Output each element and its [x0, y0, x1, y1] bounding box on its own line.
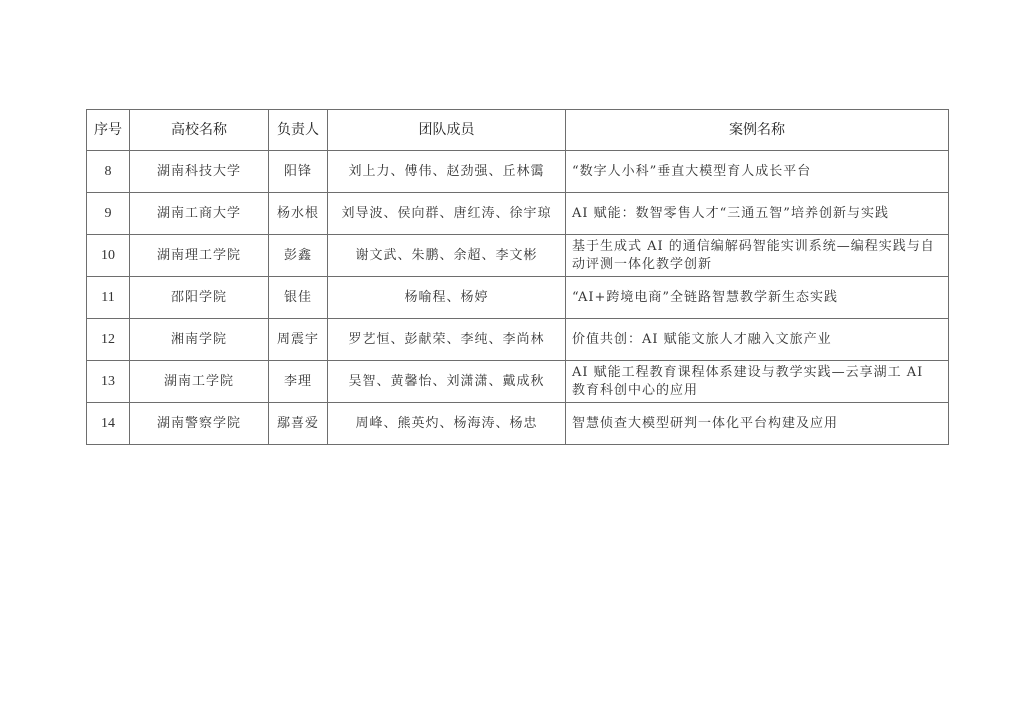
cell-case: 基于生成式 AI 的通信编解码智能实训系统—编程实践与自动评测一体化教学创新: [566, 235, 949, 277]
header-school: 高校名称: [130, 110, 269, 151]
cell-no: 13: [87, 361, 130, 403]
cell-team: 罗艺恒、彭献荣、李纯、李尚林: [328, 319, 566, 361]
table-row: 13 湖南工学院 李理 吴智、黄馨怡、刘潇潇、戴成秋 AI 赋能工程教育课程体系…: [87, 361, 949, 403]
cell-school: 湖南理工学院: [130, 235, 269, 277]
cell-school: 湖南科技大学: [130, 151, 269, 193]
cell-lead: 李理: [269, 361, 328, 403]
cell-no: 11: [87, 277, 130, 319]
cell-team: 周峰、熊英灼、杨海涛、杨忠: [328, 403, 566, 445]
cell-lead: 鄢喜爱: [269, 403, 328, 445]
header-team: 团队成员: [328, 110, 566, 151]
header-lead: 负责人: [269, 110, 328, 151]
table-row: 14 湖南警察学院 鄢喜爱 周峰、熊英灼、杨海涛、杨忠 智慧侦查大模型研判一体化…: [87, 403, 949, 445]
cell-lead: 银佳: [269, 277, 328, 319]
cell-no: 9: [87, 193, 130, 235]
cell-case: AI 赋能工程教育课程体系建设与教学实践—云享湖工 AI 教育科创中心的应用: [566, 361, 949, 403]
table-row: 9 湖南工商大学 杨水根 刘导波、侯向群、唐红涛、徐宇琼 AI 赋能：数智零售人…: [87, 193, 949, 235]
table-row: 10 湖南理工学院 彭鑫 谢文武、朱鹏、余超、李文彬 基于生成式 AI 的通信编…: [87, 235, 949, 277]
cell-no: 14: [87, 403, 130, 445]
cell-school: 湘南学院: [130, 319, 269, 361]
cell-lead: 杨水根: [269, 193, 328, 235]
cell-lead: 周震宇: [269, 319, 328, 361]
header-case: 案例名称: [566, 110, 949, 151]
cell-team: 谢文武、朱鹏、余超、李文彬: [328, 235, 566, 277]
cell-school: 湖南警察学院: [130, 403, 269, 445]
cell-no: 8: [87, 151, 130, 193]
table-row: 12 湘南学院 周震宇 罗艺恒、彭献荣、李纯、李尚林 价值共创：AI 赋能文旅人…: [87, 319, 949, 361]
cell-team: 刘上力、傅伟、赵劲强、丘林霭: [328, 151, 566, 193]
cell-case: AI 赋能：数智零售人才“三通五智”培养创新与实践: [566, 193, 949, 235]
header-no: 序号: [87, 110, 130, 151]
table-header-row: 序号 高校名称 负责人 团队成员 案例名称: [87, 110, 949, 151]
cell-case: “数字人小科”垂直大模型育人成长平台: [566, 151, 949, 193]
cell-school: 湖南工商大学: [130, 193, 269, 235]
document-page: 序号 高校名称 负责人 团队成员 案例名称 8 湖南科技大学 阳锋 刘上力、傅伟…: [0, 0, 1024, 723]
case-list-table: 序号 高校名称 负责人 团队成员 案例名称 8 湖南科技大学 阳锋 刘上力、傅伟…: [86, 109, 949, 445]
cell-no: 10: [87, 235, 130, 277]
cell-lead: 阳锋: [269, 151, 328, 193]
table-row: 8 湖南科技大学 阳锋 刘上力、傅伟、赵劲强、丘林霭 “数字人小科”垂直大模型育…: [87, 151, 949, 193]
table-row: 11 邵阳学院 银佳 杨喻程、杨婷 “AI+跨境电商”全链路智慧教学新生态实践: [87, 277, 949, 319]
cell-team: 杨喻程、杨婷: [328, 277, 566, 319]
cell-team: 吴智、黄馨怡、刘潇潇、戴成秋: [328, 361, 566, 403]
cell-team: 刘导波、侯向群、唐红涛、徐宇琼: [328, 193, 566, 235]
cell-lead: 彭鑫: [269, 235, 328, 277]
cell-school: 邵阳学院: [130, 277, 269, 319]
cell-no: 12: [87, 319, 130, 361]
cell-case: 智慧侦查大模型研判一体化平台构建及应用: [566, 403, 949, 445]
cell-case: 价值共创：AI 赋能文旅人才融入文旅产业: [566, 319, 949, 361]
cell-school: 湖南工学院: [130, 361, 269, 403]
cell-case: “AI+跨境电商”全链路智慧教学新生态实践: [566, 277, 949, 319]
